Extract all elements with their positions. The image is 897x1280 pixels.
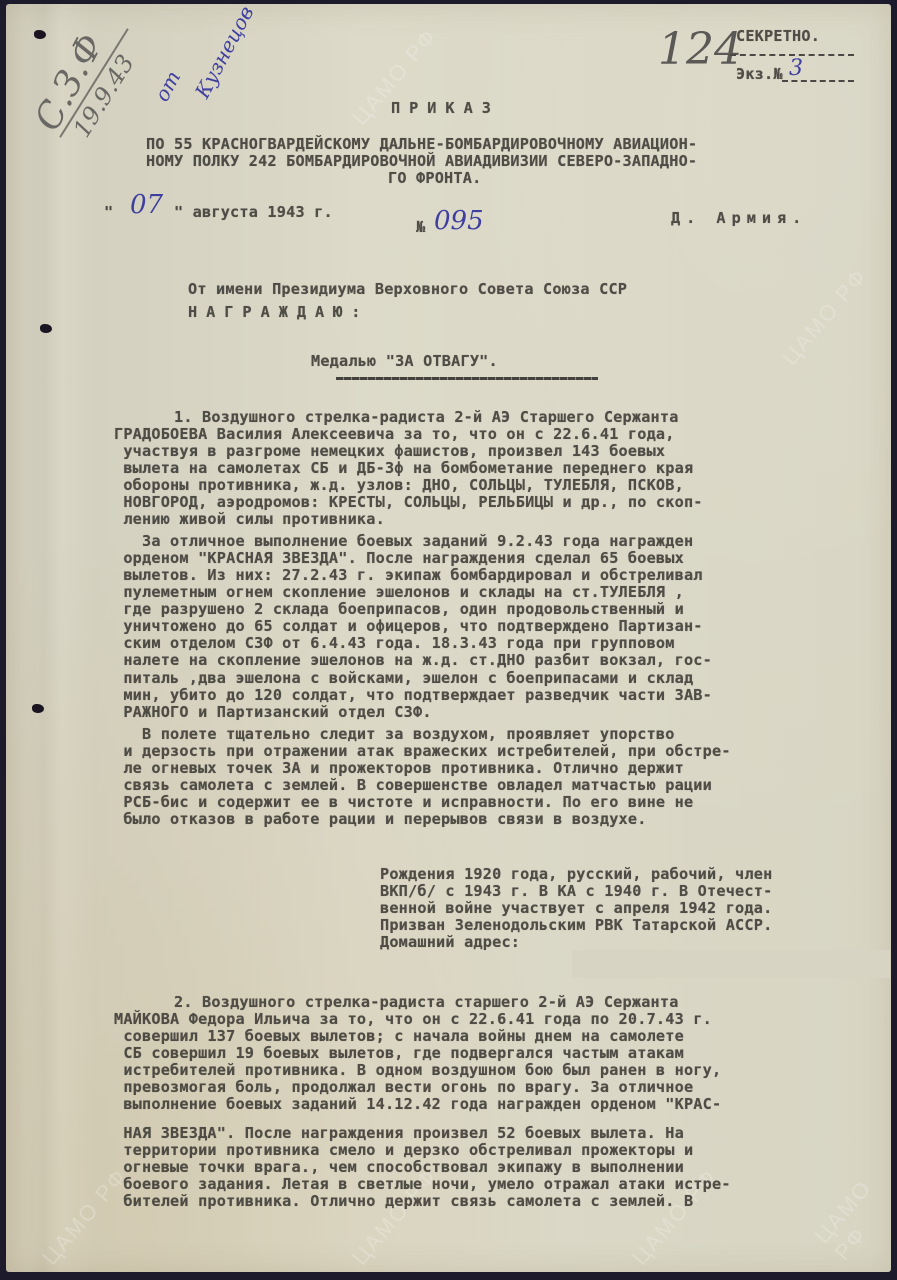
entry-1-line: ле огневых точек ЗА и прожекторов против… <box>114 760 684 777</box>
entry-1-line: налете на скопление эшелонов на ж.д. ст.… <box>114 652 712 669</box>
entry-1-line: РАЖНОГО и Партизанский отдел СЗФ. <box>114 704 432 721</box>
entry-1-line: За отличное выполнение боевых заданий 9.… <box>114 533 693 550</box>
entry-1-line: В полете тщательно следит за воздухом, п… <box>114 726 675 743</box>
bio-line: Рождения 1920 года, русский, рабочий, чл… <box>380 866 772 883</box>
entry-1-line: НОВГОРОД, аэродромов: КРЕСТЫ, СОЛЬЦЫ, РЕ… <box>114 494 703 511</box>
medal-underline <box>336 377 598 380</box>
blue-ink-signature: Кузнецов <box>190 2 258 102</box>
entry-2-line: огневые точки врага., чем способствовал … <box>114 1159 684 1176</box>
unit-line-3: ГО ФРОНТА. <box>388 170 481 187</box>
punch-hole-middle <box>40 324 52 333</box>
pencil-sheet-number: 124 <box>658 24 742 75</box>
entry-1-line: лению живой силы противника. <box>114 511 385 528</box>
entry-1-line: пулеметным огнем скопление эшелонов и ск… <box>114 584 684 601</box>
entry-2-line: СБ совершил 19 боевых вылетов, где подве… <box>114 1045 684 1062</box>
entry-1-line: было отказов в работе рации и перерывов … <box>114 811 647 828</box>
entry-1-line: 1. Воздушного стрелка-радиста 2-й АЭ Ста… <box>146 409 679 426</box>
paper-fold <box>26 4 62 1272</box>
medal-name: Медалью "ЗА ОТВАГУ". <box>311 353 498 370</box>
bio-line: венной войне участвует с апреля 1942 год… <box>380 900 772 917</box>
order-number: 095 <box>434 206 484 236</box>
entry-2-line: НАЯ ЗВЕЗДА". После награждения произвел … <box>114 1125 684 1142</box>
entry-1-line: ским отделом СЗФ от 6.4.43 года. 18.3.43… <box>114 635 675 652</box>
entry-2-line: боевого задания. Летая в светлые ночи, у… <box>114 1176 731 1193</box>
document-page: ЦАМО РФ ЦАМО РФ ЦАМО РФ ЦАМО РФ ЦАМО РФ … <box>6 4 891 1272</box>
copy-number-underline <box>782 80 854 82</box>
blue-ink-note: от <box>150 67 186 106</box>
entry-1-line: питаль ,два эшелона с войсками, эшелон с… <box>114 670 693 687</box>
entry-1-line: ГРАДОБОЕВА Василия Алексеевича за то, чт… <box>114 426 675 443</box>
copy-number-value: 3 <box>789 56 803 81</box>
document-title: ПРИКАЗ <box>391 100 500 117</box>
order-location: Д. Армия. <box>671 210 807 227</box>
bio-line: Домашний адрес: <box>380 934 520 951</box>
classification-label: СЕКРЕТНО. <box>736 28 820 45</box>
award-verb: НАГРАЖДАЮ: <box>188 304 369 321</box>
bio-line: ВКП/б/ с 1943 г. В КА с 1940 г. В Отечес… <box>380 883 772 900</box>
bio-line: Призван Зеленодольским РВК Татарской АСС… <box>380 917 772 934</box>
unit-line-1: ПО 55 КРАСНОГВАРДЕЙСКОМУ ДАЛЬНЕ-БОМБАРДИ… <box>146 136 697 153</box>
redacted-address <box>572 950 890 978</box>
watermark: ЦАМО РФ <box>777 264 873 371</box>
entry-1-line: РСБ-бис и содержит ее в чистоте и исправ… <box>114 794 693 811</box>
entry-1-line: вылетов. Из них: 27.2.43 г. экипаж бомба… <box>114 567 703 584</box>
order-number-prefix: № <box>416 219 425 236</box>
entry-2-line: совершил 137 боевых вылетов; с начала во… <box>114 1028 684 1045</box>
entry-1-line: и дерзость при отражении атак вражеских … <box>114 743 731 760</box>
entry-1-line: мин, убито до 120 солдат, что подтвержда… <box>114 687 712 704</box>
copy-number-label: Экз.№ <box>736 66 783 83</box>
entry-1-line: участвуя в разгроме немецких фашистов, п… <box>114 443 665 460</box>
unit-line-2: НОМУ ПОЛКУ 242 БОМБАРДИРОВОЧНОЙ АВИАДИВИ… <box>146 153 697 170</box>
order-month-year: " августа 1943 г. <box>174 204 333 221</box>
entry-2-line: истребителей противника. В одном воздушн… <box>114 1062 721 1079</box>
entry-2-line: 2. Воздушного стрелка-радиста старшего 2… <box>146 994 679 1011</box>
entry-1-line: обороны противника, ж.д. узлов: ДНО, СОЛ… <box>114 477 684 494</box>
punch-hole-lower <box>32 704 44 713</box>
entry-1-line: уничтожено до 65 солдат и офицеров, что … <box>114 618 703 635</box>
entry-2-line: территории противника смело и дерзко обс… <box>114 1142 693 1159</box>
watermark: ЦАМО РФ <box>809 1175 897 1266</box>
entry-2-line: выполнение боевых заданий 14.12.42 года … <box>114 1096 721 1113</box>
entry-2-line: превозмогая боль, продолжал вести огонь … <box>114 1079 693 1096</box>
presidium-line: От имени Президиума Верховного Совета Со… <box>188 281 627 298</box>
date-open-quote: " <box>104 204 113 221</box>
entry-1-line: орденом "КРАСНАЯ ЗВЕЗДА". После награжде… <box>114 550 684 567</box>
order-day: 07 <box>130 190 163 220</box>
punch-hole-top <box>34 30 46 39</box>
entry-2-line: МАЙКОВА Федора Ильича за то, что он с 22… <box>114 1011 712 1028</box>
entry-1-line: связь самолета с землей. В совершенстве … <box>114 777 712 794</box>
entry-2-line: бителей противника. Отлично держит связь… <box>114 1193 693 1210</box>
entry-1-line: вылета на самолетах СБ и ДБ-3ф на бомбом… <box>114 460 693 477</box>
entry-1-line: где разрушено 2 склада боеприпасов, один… <box>114 601 684 618</box>
